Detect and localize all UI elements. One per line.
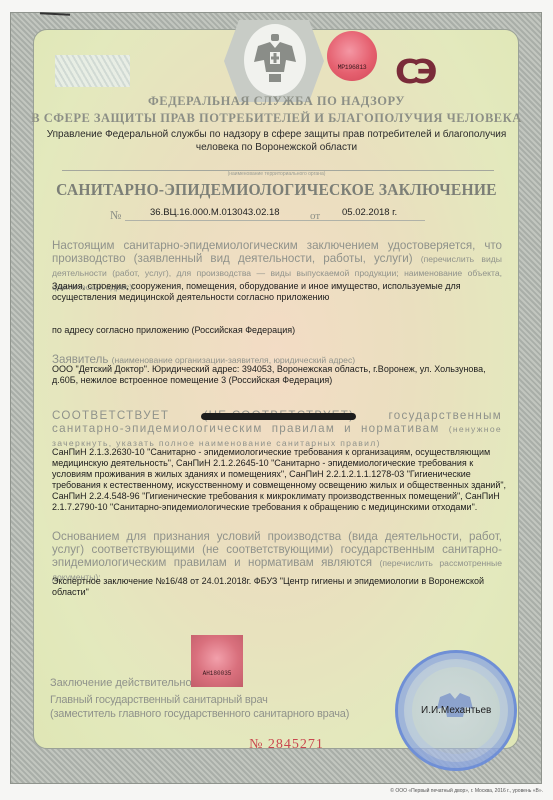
hologram-seal-bottom: АН180035 — [191, 635, 243, 687]
agency-title-line2: В СФЕРЕ ЗАЩИТЫ ПРАВ ПОТРЕБИТЕЛЕЙ И БЛАГО… — [0, 111, 553, 126]
document-date: 05.02.2018 г. — [342, 207, 397, 218]
document-number: 36.ВЦ.16.000.М.013043.02.18 — [150, 207, 280, 218]
coat-of-arms-icon — [244, 24, 306, 96]
compliance-verdict: СООТВЕТСТВУЕТ — [52, 409, 169, 422]
production-value: Здания, строения, сооружения, помещения,… — [52, 281, 507, 303]
security-number: МР196813 — [338, 64, 367, 71]
struck-out-option: (НЕ СООТВЕТСТВУЕТ) — [203, 409, 354, 422]
guilloche-pattern — [55, 55, 130, 87]
department-name: Управление Федеральной службы по надзору… — [44, 128, 509, 154]
validity-label: Заключение действительно — [50, 677, 192, 689]
sanitary-rules-list: СанПиН 2.1.3.2630-10 "Санитарно - эпидем… — [52, 447, 507, 513]
serial-number: № 2845271 — [0, 737, 553, 753]
doctor-deputy-title: (заместитель главного государственного с… — [50, 708, 349, 720]
document-title: САНИТАРНО-ЭПИДЕМИОЛОГИЧЕСКОЕ ЗАКЛЮЧЕНИЕ — [22, 180, 531, 200]
compliance-statement: СООТВЕТСТВУЕТ (НЕ СООТВЕТСТВУЕТ) государ… — [52, 409, 502, 450]
department-caption: (наименование территориального органа) — [0, 171, 553, 177]
applicant-value: ООО "Детский Доктор". Юридический адрес:… — [52, 364, 507, 386]
printer-copyright: © ООО «Первый печатный двор», г. Москва,… — [390, 788, 543, 794]
hologram-seal-top: МР196813 — [327, 31, 377, 81]
basis-value: Экспертное заключение №16/48 от 24.01.20… — [52, 576, 507, 598]
production-address: по адресу согласно приложению (Российска… — [52, 325, 507, 336]
se-logo: СЭ — [395, 52, 431, 91]
document-number-row: № 36.ВЦ.16.000.М.013043.02.18 от 05.02.2… — [110, 207, 440, 221]
number-label: № — [110, 208, 121, 223]
hologram-number: АН180035 — [203, 670, 232, 677]
signer-name: И.И.Механтьев — [421, 705, 491, 716]
doctor-title: Главный государственный санитарный врач — [50, 694, 268, 706]
number-underline — [125, 220, 425, 221]
agency-title-line1: ФЕДЕРАЛЬНАЯ СЛУЖБА ПО НАДЗОРУ — [0, 94, 553, 109]
